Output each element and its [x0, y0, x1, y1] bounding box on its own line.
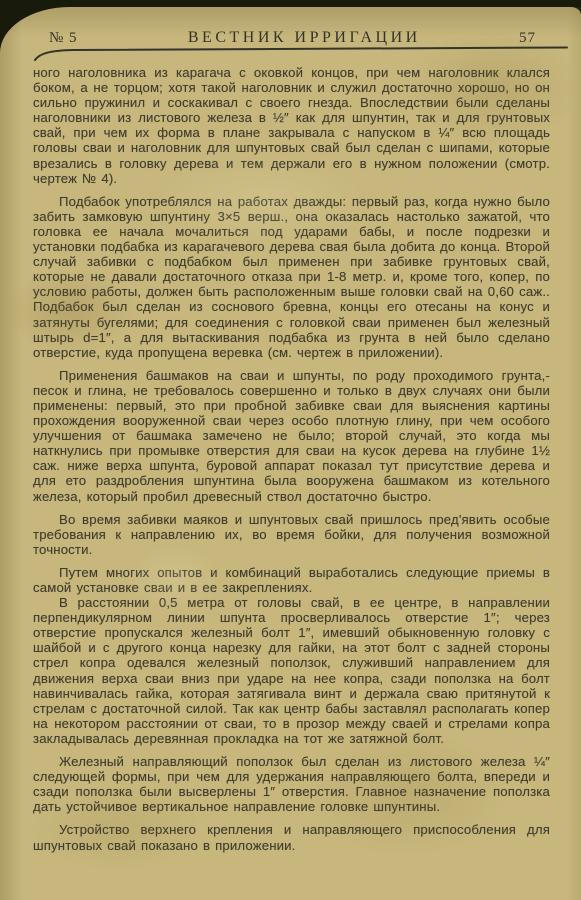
- journal-title: ВЕСТНИК ИРРИГАЦИИ: [84, 29, 525, 47]
- scanned-journal-page: { "header": { "issue_label": "№ 5", "jou…: [0, 0, 581, 900]
- paragraph: Применения башмаков на сваи и шпунты, по…: [33, 368, 550, 504]
- page-header: № 5 ВЕСТНИК ИРРИГАЦИИ 57: [33, 25, 550, 47]
- paragraph: Устройство верхнего крепления и направля…: [33, 822, 550, 852]
- article-body: ного наголовника из карагача с оковкой к…: [33, 65, 550, 853]
- issue-number: № 5: [49, 30, 78, 47]
- header-rule: [33, 45, 570, 63]
- paragraph: Путем многих опытов и комбинаций выработ…: [33, 565, 550, 595]
- paragraph: В расстоянии 0,5 метра от головы свай, в…: [33, 595, 550, 746]
- paragraph: Подбабок употреблялся на работах дважды:…: [33, 194, 550, 360]
- journal-page: № 5 ВЕСТНИК ИРРИГАЦИИ 57 ного наголовник…: [0, 7, 581, 900]
- paragraph: Железный направляющий поползок был сдела…: [33, 754, 550, 814]
- paragraph: Во время забивки маяков и шпунтовых свай…: [33, 512, 550, 557]
- paragraph: ного наголовника из карагача с оковкой к…: [33, 65, 550, 186]
